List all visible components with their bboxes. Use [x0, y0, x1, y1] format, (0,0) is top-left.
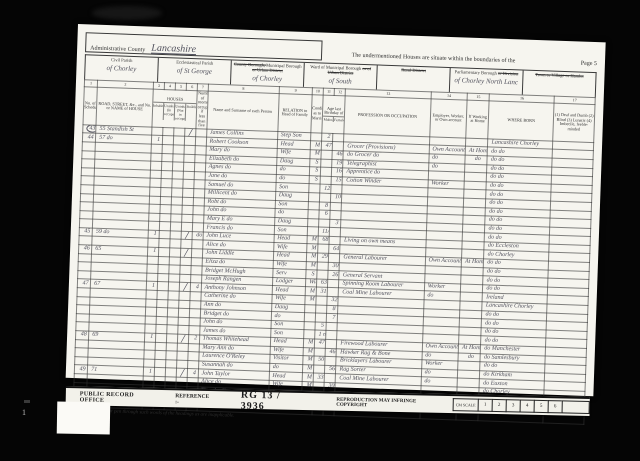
cell-am: 63 — [317, 279, 328, 288]
cell-un — [171, 196, 182, 205]
cell-rooms: 4 — [191, 283, 201, 292]
cell-inh — [149, 187, 160, 196]
cell-bld: ╱ — [181, 231, 192, 240]
cell-af: 3 — [330, 219, 341, 228]
district-label-text: Ecclesiastical Parish — [176, 59, 213, 65]
cell-un — [169, 274, 180, 283]
cell-cond — [304, 313, 315, 322]
cell-am — [313, 382, 324, 391]
district-value — [525, 79, 593, 81]
cm-scale-cell: 6 — [548, 400, 562, 413]
cell-bld — [177, 351, 188, 360]
cell-bld — [183, 197, 194, 206]
cell-uo — [156, 325, 167, 334]
cell-cond — [308, 193, 319, 202]
cell-un — [168, 299, 179, 308]
cell-uo — [156, 316, 167, 325]
cell-am — [317, 262, 328, 271]
cell-inh — [147, 256, 158, 265]
cell-bld — [179, 291, 190, 300]
cell-af: 7 — [327, 314, 338, 323]
cell-un — [174, 128, 185, 137]
cell-uo — [162, 144, 173, 153]
cell-af: 30 — [324, 382, 335, 391]
col-houses-sub: Building — [186, 104, 197, 121]
cell-af — [329, 236, 340, 245]
cell-af — [328, 279, 339, 288]
cell-un — [170, 239, 181, 248]
col-employer: Employer, Worker, or Own account — [429, 99, 467, 138]
cell-bld — [182, 214, 193, 223]
census-page: Administrative County Lancashire The und… — [66, 24, 606, 396]
cell-inh: 1 — [143, 367, 154, 376]
cell-inh: 1 — [147, 247, 158, 256]
cell-af: 15 — [331, 176, 342, 185]
cell-rooms: do — [193, 232, 203, 241]
cell-bld: ╱ — [185, 128, 196, 137]
cell-cond: M — [303, 356, 314, 365]
cell-af — [330, 211, 341, 220]
cell-rooms — [189, 343, 199, 352]
cell-rooms — [190, 300, 200, 309]
cell-uo — [159, 222, 170, 231]
film-frame-number: 1 — [22, 408, 26, 417]
cell-af — [330, 202, 341, 211]
district-value — [379, 74, 447, 76]
cell-cond — [305, 304, 316, 313]
cell-af — [333, 142, 344, 151]
cell-cond: Wid — [305, 278, 316, 287]
cell-cond: S — [306, 270, 317, 279]
col-age-sub: Males — [323, 117, 334, 122]
cell-af: 30 — [328, 262, 339, 271]
cell-am — [319, 219, 330, 228]
cm-scale-cell: 5 — [534, 400, 548, 413]
cell-cond: S — [309, 167, 320, 176]
admin-county-value: Lancashire — [151, 44, 196, 56]
district-value: of Chorley — [233, 73, 301, 83]
cell-uo — [157, 282, 168, 291]
cell-cond: S — [310, 158, 321, 167]
cell-am: 47 — [321, 141, 332, 150]
cell-inh — [148, 221, 159, 230]
cell-bld — [178, 326, 189, 335]
cell-rooms — [190, 317, 200, 326]
cell-uo — [157, 299, 168, 308]
cell-af: 26 — [328, 271, 339, 280]
cell-uo — [158, 256, 169, 265]
district-label-text: Parliamentary Borough — [455, 69, 498, 76]
cell-rooms — [189, 326, 199, 335]
cell-am — [316, 296, 327, 305]
cell-uo — [162, 136, 173, 145]
cell-uo — [162, 153, 173, 162]
cell-rooms — [191, 274, 201, 283]
cell-inh — [152, 127, 163, 136]
schedule-number: 43 — [86, 124, 96, 132]
cm-scale-cell: 3 — [506, 399, 520, 412]
cell-un — [171, 222, 182, 231]
cell-uo — [154, 376, 165, 385]
cell-am — [320, 193, 331, 202]
cell-inh — [146, 290, 157, 299]
district-cell: Parliamentary Borough or Divisionof Chor… — [450, 68, 524, 95]
cell-am — [314, 365, 325, 374]
cell-am: 2 — [322, 133, 333, 142]
col-road: ROAD, STREET, &c., and No. or NAME of HO… — [96, 87, 153, 127]
cell-af — [329, 253, 340, 262]
district-value: of Chorley — [87, 63, 155, 73]
cell-rooms — [192, 249, 202, 258]
col-infirm: (1) Deaf and Dumb (2) Blind (3) Lunatic … — [553, 103, 595, 142]
cell-un — [165, 377, 176, 386]
cell-uo — [159, 239, 170, 248]
cell-am: 31 — [316, 287, 327, 296]
cell-un — [168, 308, 179, 317]
pro-reference-number: RG 13 / 3936 — [241, 389, 303, 412]
district-cell: Town or Village or Hamlet — [523, 71, 596, 97]
cell-cond: M — [306, 253, 317, 262]
cell-inh — [150, 170, 161, 179]
district-value: of South — [306, 76, 374, 86]
cell-af: 8 — [327, 305, 338, 314]
cell-bld — [180, 265, 191, 274]
col-houses-group: HOUSES InhabitedUninhabited (In occupati… — [152, 89, 198, 128]
cell-am — [318, 244, 329, 253]
cell-un — [169, 265, 180, 274]
cell-bld — [178, 317, 189, 326]
cm-scale: CM SCALE123456 — [453, 398, 590, 414]
cell-inh — [149, 196, 160, 205]
cell-af — [330, 228, 341, 237]
district-cell: Civil Parish of Chorley — [85, 55, 159, 82]
admin-county-label: Administrative County — [90, 45, 145, 53]
cell-af — [325, 357, 336, 366]
district-label-struck: or Urban District — [252, 67, 283, 73]
cell-un — [168, 291, 179, 300]
cell-un — [166, 342, 177, 351]
cell-rooms — [194, 180, 204, 189]
cell-cond: M — [303, 347, 314, 356]
cell-inh — [143, 376, 154, 385]
cell-bld — [180, 274, 191, 283]
cell-cond — [304, 321, 315, 330]
cell-inh — [144, 350, 155, 359]
cell-rooms — [193, 223, 203, 232]
cell-inh — [145, 307, 156, 316]
cell-rooms — [193, 214, 203, 223]
cell-un — [165, 368, 176, 377]
cell-uo — [155, 342, 166, 351]
cell-un — [169, 256, 180, 265]
cell-am — [314, 348, 325, 357]
cell-af: 56 — [325, 365, 336, 374]
cell-uo — [158, 265, 169, 274]
cell-cond: M — [307, 236, 318, 245]
cell-inh — [147, 264, 158, 273]
cell-inh — [149, 204, 160, 213]
cell-inh — [145, 324, 156, 333]
cell-am: 29 — [318, 253, 329, 262]
cell-bld — [184, 162, 195, 171]
cell-am: 6 — [319, 210, 330, 219]
cell-af: 64 — [329, 245, 340, 254]
district-value: of Chorley North Lanc — [452, 76, 520, 86]
cell-bld — [183, 171, 194, 180]
col-relation: RELATION to Head of Family — [277, 94, 312, 133]
cell-bld — [180, 257, 191, 266]
cell-am: 5 — [315, 322, 326, 331]
cell-uo — [160, 205, 171, 214]
cell-am — [321, 159, 332, 168]
cm-scale-cell: 2 — [492, 399, 506, 412]
cell-bld — [185, 137, 196, 146]
col-schedule: No. of Schedule — [83, 87, 97, 125]
district-cell: Ward of Municipal Borough or of Urban Di… — [304, 63, 378, 90]
cell-am: 8 — [319, 202, 330, 211]
cell-bld — [183, 188, 194, 197]
cell-rooms — [196, 137, 206, 146]
cell-am: 1 mo — [315, 330, 326, 339]
cell-cond — [308, 201, 319, 210]
district-value: of St George — [160, 66, 228, 76]
cell-cond: M — [310, 150, 321, 159]
district-label-struck: Town or Village or Hamlet — [535, 72, 583, 79]
cm-scale-cell — [562, 400, 590, 414]
cell-af: 10 — [331, 193, 342, 202]
col-houses-sub: Uninhabited (Not in occupation) — [175, 103, 187, 120]
cell-un — [170, 231, 181, 240]
cell-rooms — [192, 240, 202, 249]
cell-uo — [155, 351, 166, 360]
cell-am — [317, 270, 328, 279]
cell-bld: ╱ — [180, 283, 191, 292]
film-speck — [24, 400, 30, 403]
cell-cond — [307, 227, 318, 236]
district-label-text: Civil Parish — [111, 57, 133, 63]
cell-rooms — [188, 352, 198, 361]
cell-inh — [144, 342, 155, 351]
cell-cond: M — [306, 261, 317, 270]
cell-am — [315, 313, 326, 322]
cell-cond — [311, 132, 322, 141]
col-houses-sub: Uninhabited (In occupation) — [164, 103, 176, 120]
cell-cond: M — [310, 141, 321, 150]
cell-cond: M — [305, 287, 316, 296]
cell-inh — [146, 299, 157, 308]
cell-un — [173, 145, 184, 154]
cell-un — [166, 351, 177, 360]
cm-scale-label: CM SCALE — [453, 398, 478, 412]
cell-rooms: 2 — [189, 335, 199, 344]
cell-am: 68 — [318, 236, 329, 245]
cell-un — [171, 205, 182, 214]
cell-un — [166, 360, 177, 369]
cell-cond: M — [303, 339, 314, 348]
cell-inh — [149, 213, 160, 222]
col-houses-sub: Inhabited — [153, 102, 165, 119]
cell-un — [173, 162, 184, 171]
cell-cond: M — [302, 373, 313, 382]
cell-inh — [150, 161, 161, 170]
cell-rooms — [193, 206, 203, 215]
cell-un — [167, 325, 178, 334]
pro-copyright-warning: REPRODUCTION MAY INFRINGE COPYRIGHT — [336, 397, 439, 409]
cell-cond: S — [309, 175, 320, 184]
cell-uo — [156, 333, 167, 342]
cell-un — [172, 171, 183, 180]
cell-bld — [184, 145, 195, 154]
cell-rooms — [194, 197, 204, 206]
cell-bld — [184, 154, 195, 163]
cell-rooms — [196, 146, 206, 155]
cell-af — [326, 322, 337, 331]
cell-uo — [156, 308, 167, 317]
cm-scale-cell: 1 — [478, 399, 492, 412]
census-table: 1234567891011121314151617 No. of Schedul… — [73, 79, 596, 425]
cell-inh: 1 — [151, 135, 162, 144]
cell-bld — [182, 205, 193, 214]
col-name: Name and Surname of each Person — [207, 91, 279, 131]
district-label: Ecclesiastical Parish — [161, 59, 229, 66]
cell-inh: 1 — [146, 281, 157, 290]
cell-un — [170, 248, 181, 257]
cell-inh — [143, 359, 154, 368]
cell-rooms — [192, 257, 202, 266]
cell-am — [321, 150, 332, 159]
cell-cond: M — [307, 244, 318, 253]
cell-inh — [150, 178, 161, 187]
cell-rooms — [190, 292, 200, 301]
cell-af — [326, 339, 337, 348]
cell-cond — [308, 218, 319, 227]
cell-inh — [146, 273, 157, 282]
cell-am: 11/12 — [318, 227, 329, 236]
cell-uo — [158, 273, 169, 282]
col-age-label: Age last Birthday of — [323, 106, 345, 117]
cell-un — [168, 282, 179, 291]
cell-bld — [177, 343, 188, 352]
page-number: Page 5 — [545, 59, 597, 70]
cell-rooms — [195, 163, 205, 172]
cell-rooms — [190, 309, 200, 318]
cell-af — [327, 288, 338, 297]
cell-cond — [308, 210, 319, 219]
cell-uo — [157, 290, 168, 299]
cell-am: 50 — [314, 356, 325, 365]
cell-un — [172, 179, 183, 188]
cell-inh — [151, 144, 162, 153]
cell-un — [173, 153, 184, 162]
cell-cond: M — [302, 364, 313, 373]
cell-af — [326, 331, 337, 340]
cell-bld — [176, 377, 187, 386]
cell-am — [320, 176, 331, 185]
cell-rooms — [195, 171, 205, 180]
district-cell: Ecclesiastical Parish of St George — [158, 58, 232, 85]
district-label-struck: Rural District — [401, 67, 426, 73]
district-label: Parliamentary Borough or Division — [452, 69, 520, 76]
film-smudge — [92, 6, 162, 20]
cell-bld: ╱ — [181, 248, 192, 257]
cell-uo — [159, 248, 170, 257]
district-cell: County Borough, Municipal Borough or Urb… — [231, 60, 305, 87]
cell-cond — [309, 184, 320, 193]
cell-am — [321, 167, 332, 176]
cell-af — [324, 374, 335, 383]
cell-af: 46 — [325, 348, 336, 357]
cell-rooms — [194, 189, 204, 198]
cell-af: 19 — [332, 159, 343, 168]
district-label: Civil Parish — [88, 56, 156, 63]
cell-un — [167, 334, 178, 343]
cell-bld: ╱ — [177, 369, 188, 378]
cell-af: 16 — [332, 168, 343, 177]
cell-uo — [161, 187, 172, 196]
cell-un — [174, 136, 185, 145]
cell-cond: M — [302, 382, 313, 391]
cell-af — [333, 133, 344, 142]
cell-bld — [177, 360, 188, 369]
district-cell: Rural District — [377, 65, 451, 92]
cell-am: 47 — [315, 339, 326, 348]
cell-cond — [304, 330, 315, 339]
cell-uo — [154, 368, 165, 377]
cell-bld — [182, 223, 193, 232]
pro-reference-label: REFERENCE :- — [175, 393, 211, 406]
district-label-struck: or Division — [498, 71, 519, 77]
cell-bld — [183, 180, 194, 189]
cell-inh — [148, 239, 159, 248]
cell-rooms: 4 — [188, 369, 198, 378]
district-label: Ward of Municipal Borough or of Urban Di… — [306, 64, 374, 76]
cell-bld — [179, 308, 190, 317]
col-age-group: Age last Birthday of MalesFemales — [322, 95, 346, 134]
cell-inh: 1 — [148, 230, 159, 239]
cell-rooms — [195, 154, 205, 163]
cell-rooms — [191, 266, 201, 275]
cell-bld — [181, 240, 192, 249]
cm-scale-cell: 4 — [520, 400, 534, 413]
cell-uo — [162, 162, 173, 171]
cell-un — [171, 214, 182, 223]
cell-inh — [151, 153, 162, 162]
cell-bld: ╱ — [178, 334, 189, 343]
col-home: If Working at Home — [466, 100, 490, 139]
cell-uo — [160, 196, 171, 205]
cell-uo — [159, 230, 170, 239]
cell-am: 12 — [320, 184, 331, 193]
col-age-sub: Females — [334, 117, 344, 122]
col-profession: PROFESSION OR OCCUPATION — [344, 96, 430, 137]
cell-un — [172, 188, 183, 197]
cell-af — [331, 185, 342, 194]
cell-rooms — [188, 360, 198, 369]
cell-cond: M — [305, 296, 316, 305]
cell-af: 32 — [327, 296, 338, 305]
district-label: County Borough, Municipal Borough or Urb… — [233, 61, 301, 73]
cell-uo — [160, 213, 171, 222]
cell-uo — [161, 179, 172, 188]
cell-inh: 1 — [144, 333, 155, 342]
cell-rooms — [187, 378, 197, 387]
district-label: Town or Village or Hamlet — [525, 72, 593, 79]
cell-inh — [145, 316, 156, 325]
cell-rooms — [196, 128, 206, 137]
cell-uo — [161, 170, 172, 179]
cell-uo — [163, 127, 174, 136]
col-born: WHERE BORN — [488, 101, 554, 141]
